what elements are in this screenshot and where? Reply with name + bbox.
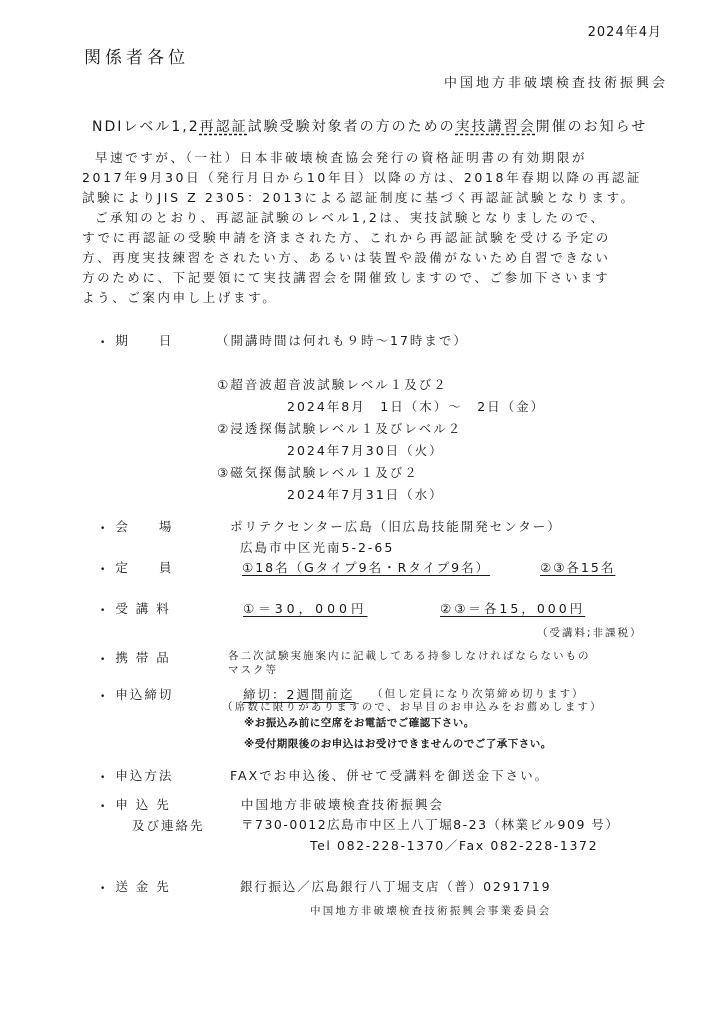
items-line-1: 各二次試験実施案内に記載してある持参しなければならないもの <box>228 648 591 663</box>
contact-label: •申 込 先 <box>100 795 171 813</box>
course-2-name: ②浸透探傷試験レベル１及びレベル２ <box>217 419 462 437</box>
course-2-date: 2024年7月30日（火） <box>287 441 444 459</box>
course-3-date: 2024年7月31日（水） <box>287 485 444 503</box>
venue-name: ポリテクセンター広島（旧広島技能開発センター） <box>230 517 562 535</box>
remittance-label: •送 金 先 <box>100 877 171 895</box>
intro-line: 方、再度実技練習をされたい方、あるいは装置や設備がないため自習できない <box>82 248 642 268</box>
deadline-seats-note: （席数に限りがありますので、お早目のお申込みをお薦めします） <box>222 699 603 714</box>
bullet-icon: • <box>100 802 107 812</box>
title-part5: 開催のお知らせ <box>536 119 648 135</box>
title-part3: 試験受験対象者の方のための <box>248 119 456 135</box>
capacity-label: •定 員 <box>100 558 173 576</box>
venue-address: 広島市中区光南5-2-65 <box>240 538 394 556</box>
remittance-bank: 銀行振込／広島銀行八丁堀支店（普）0291719 <box>240 877 551 895</box>
bullet-icon: • <box>100 565 107 575</box>
intro-line: ご承知のとおり、再認証試験のレベル1,2は、実技試験となりましたので、 <box>82 208 642 228</box>
capacity-course-1: ①18名（Gタイプ9名・Rタイプ9名） <box>242 558 490 576</box>
course-3-name: ③磁気探傷試験レベル１及び２ <box>217 463 419 481</box>
deadline-note-1: ※お振込み前に空席をお電話でご確認下さい。 <box>244 715 475 730</box>
sender-organization: 中国地方非破壊検査技術振興会 <box>444 72 668 91</box>
schedule-hours: （開講時間は何れも９時～17時まで） <box>216 331 468 349</box>
deadline-label: •申込締切 <box>100 685 173 703</box>
bullet-icon: • <box>100 606 107 616</box>
contact-label-2: 及び連絡先 <box>132 816 205 834</box>
intro-line: よう、ご案内申し上げます。 <box>82 288 642 308</box>
title-part1: NDIレベル1,2 <box>92 119 200 135</box>
items-label: •携 帯 品 <box>100 648 171 666</box>
capacity-course-2-3: ②③各15名 <box>540 558 615 576</box>
method-text: FAXでお申込後、併せて受講料を御送金下さい。 <box>230 766 549 784</box>
contact-phone: Tel 082-228-1370／Fax 082-228-1372 <box>310 836 598 854</box>
bullet-icon: • <box>100 773 107 783</box>
intro-line: 早速ですが、（一社）日本非破壊検査協会発行の資格証明書の有効期限が <box>82 148 642 168</box>
deadline-note-2: ※受付期限後のお申込はお受けできませんのでご了承下さい。 <box>244 736 552 751</box>
schedule-label: •期 日 <box>100 331 173 349</box>
fee-label: •受 講 料 <box>100 599 171 617</box>
course-1-name: ①超音波超音波試験レベル１及び２ <box>217 375 448 393</box>
intro-paragraph: 早速ですが、（一社）日本非破壊検査協会発行の資格証明書の有効期限が 2017年9… <box>82 148 642 308</box>
fee-course-2-3: ②③＝各15，000円 <box>440 599 585 617</box>
contact-address: 〒730-0012広島市中区上八丁堀8-23（林業ビル909 号） <box>241 815 619 833</box>
intro-line: 2017年9月30日（発行月日から10年目）以降の方は、2018年春期以降の再認… <box>82 168 642 188</box>
items-line-2: マスク等 <box>228 662 278 677</box>
bullet-icon: • <box>100 692 107 702</box>
intro-line: 試験によりJIS Z 2305：2013による認証制度に基づく再認証試験となりま… <box>82 188 642 208</box>
method-label: •申込方法 <box>100 766 173 784</box>
bullet-icon: • <box>100 655 107 665</box>
title-recertification: 再認証 <box>200 119 248 135</box>
course-1-date: 2024年8月 1日（木）～ 2日（金） <box>287 397 545 415</box>
bullet-icon: • <box>100 884 107 894</box>
title-practical-course: 実技講習会 <box>456 119 536 135</box>
document-title: NDIレベル1,2再認証試験受験対象者の方のための実技講習会開催のお知らせ <box>92 116 647 136</box>
bullet-icon: • <box>100 338 107 348</box>
bullet-icon: • <box>100 524 107 534</box>
fee-course-1: ①＝30，000円 <box>243 599 367 617</box>
intro-line: すでに再認証の受験申請を済まされた方、これから再認証試験を受ける予定の <box>82 228 642 248</box>
remittance-account-name: 中国地方非破壊検査技術振興会事業委員会 <box>310 903 551 918</box>
fee-tax-note: （受講料;非課税） <box>537 625 643 640</box>
addressee: 関係者各位 <box>84 43 189 68</box>
intro-line: 方のために、下記要領にて実技講習会を開催致しますので、ご参加下さいます <box>82 268 642 288</box>
venue-label: •会 場 <box>100 517 173 535</box>
contact-organization: 中国地方非破壊検査技術振興会 <box>241 795 444 813</box>
document-date: 2024年4月 <box>588 21 662 40</box>
